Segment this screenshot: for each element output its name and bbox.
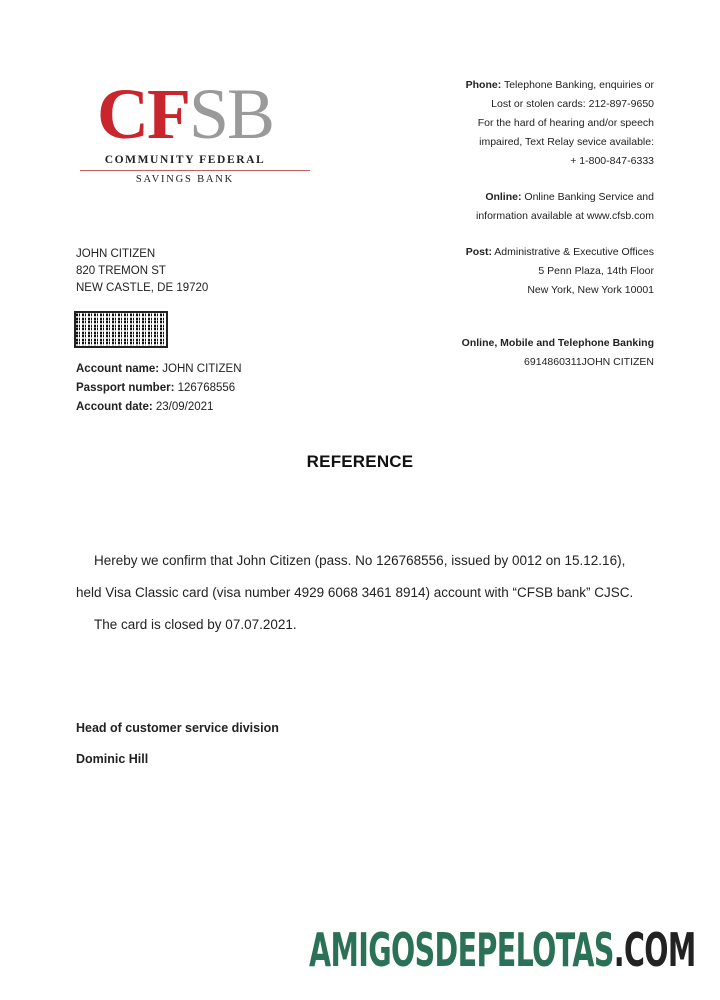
phone-line: Lost or stolen cards: 212-897-9650 xyxy=(414,95,654,114)
contact-info: Phone: Telephone Banking, enquiries or L… xyxy=(414,76,654,389)
logo-mark-gray: SB xyxy=(189,74,273,154)
logo-divider xyxy=(80,170,310,171)
logo-mark: CFSB xyxy=(60,82,310,146)
contact-online: Online: Online Banking Service and infor… xyxy=(414,188,654,226)
phone-label: Phone: xyxy=(466,79,502,91)
body-line: held Visa Classic card (visa number 4929… xyxy=(76,577,676,609)
signatory-name: Dominic Hill xyxy=(76,744,279,775)
document-title: REFERENCE xyxy=(0,452,720,472)
watermark: AMIGOSDEPELOTAS.COM xyxy=(309,920,696,980)
phone-line: Telephone Banking, enquiries or xyxy=(504,79,654,91)
logo-subtitle-1: COMMUNITY FEDERAL xyxy=(60,154,310,166)
account-date-label: Account date: xyxy=(76,401,153,413)
address-street: 820 TREMON ST xyxy=(76,263,208,280)
passport-value: 126768556 xyxy=(178,382,236,394)
account-name-value: JOHN CITIZEN xyxy=(162,363,241,375)
logo-mark-red: CF xyxy=(97,74,189,154)
account-details: Account name: JOHN CITIZEN Passport numb… xyxy=(76,360,242,417)
address-name: JOHN CITIZEN xyxy=(76,246,208,263)
signature-block: Head of customer service division Domini… xyxy=(76,713,279,775)
post-line: New York, New York 10001 xyxy=(414,281,654,300)
phone-line: For the hard of hearing and/or speech xyxy=(414,114,654,133)
body-line: The card is closed by 07.07.2021. xyxy=(76,609,676,641)
banking-label: Online, Mobile and Telephone Banking xyxy=(462,337,654,349)
account-date-value: 23/09/2021 xyxy=(156,401,214,413)
signatory-position: Head of customer service division xyxy=(76,713,279,744)
logo-subtitle-2: SAVINGS BANK xyxy=(60,174,310,185)
datamatrix-barcode xyxy=(76,313,166,346)
online-line: Online Banking Service and xyxy=(524,191,654,203)
body-line: Hereby we confirm that John Citizen (pas… xyxy=(76,545,676,577)
address-city: NEW CASTLE, DE 19720 xyxy=(76,280,208,297)
post-label: Post: xyxy=(466,246,492,258)
post-line: Administrative & Executive Offices xyxy=(494,246,654,258)
reference-body: Hereby we confirm that John Citizen (pas… xyxy=(76,545,676,641)
phone-line: + 1-800-847-6333 xyxy=(414,152,654,171)
passport-label: Passport number: xyxy=(76,382,174,394)
watermark-main: AMIGOSDEPELOTAS xyxy=(309,923,614,977)
phone-line: impaired, Text Relay sevice available: xyxy=(414,133,654,152)
contact-banking: Online, Mobile and Telephone Banking 691… xyxy=(414,334,654,372)
online-label: Online: xyxy=(485,191,521,203)
banking-value: 6914860311JOHN CITIZEN xyxy=(414,353,654,372)
post-line: 5 Penn Plaza, 14th Floor xyxy=(414,262,654,281)
recipient-address: JOHN CITIZEN 820 TREMON ST NEW CASTLE, D… xyxy=(76,246,208,297)
contact-phone: Phone: Telephone Banking, enquiries or L… xyxy=(414,76,654,171)
account-name-label: Account name: xyxy=(76,363,159,375)
online-line: information available at www.cfsb.com xyxy=(414,207,654,226)
contact-post: Post: Administrative & Executive Offices… xyxy=(414,243,654,300)
watermark-tld: .COM xyxy=(614,923,696,977)
bank-logo: CFSB COMMUNITY FEDERAL SAVINGS BANK xyxy=(80,82,310,185)
